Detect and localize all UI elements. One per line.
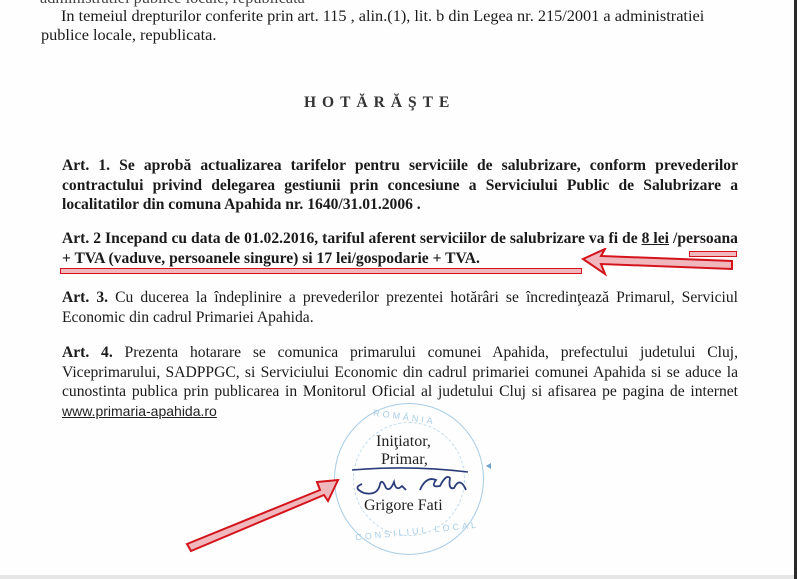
arrow-to-article-2-icon	[580, 248, 740, 278]
article-1-label: Art. 1.	[62, 157, 110, 174]
signatory-name: Grigore Fati	[364, 497, 443, 515]
signature-title: Iniţiator,	[376, 433, 431, 451]
article-1: Art. 1. Se aprobă actualizarea tarifelor…	[62, 156, 738, 215]
website-link[interactable]: www.primaria-apahida.ro	[62, 403, 217, 419]
article-2-text: Incepand cu data de 01.02.2016, tariful …	[101, 230, 642, 247]
highlight-underline-article-2	[60, 268, 582, 274]
article-1-text: Se aprobă actualizarea tarifelor pentru …	[62, 157, 738, 213]
article-3-label: Art. 3.	[62, 289, 108, 306]
article-2-label: Art. 2	[62, 230, 101, 247]
article-4-text: Prezenta hotarare se comunica primarului…	[62, 344, 738, 400]
article-4-label: Art. 4.	[62, 344, 113, 361]
article-3: Art. 3. Cu ducerea la îndeplinire a prev…	[62, 288, 738, 327]
decision-heading: HOTĂRĂŞTE	[304, 94, 455, 112]
article-3-text: Cu ducerea la îndeplinire a prevederilor…	[62, 289, 738, 326]
arrow-to-stamp-icon	[180, 470, 350, 555]
article-2-highlighted-price: 8 lei	[642, 230, 669, 247]
preamble-line-1: In temeiul drepturilor conferite prin ar…	[61, 6, 704, 25]
stamp-tick-mark	[486, 463, 491, 469]
scan-bottom-edge	[0, 575, 794, 579]
preamble-line-2: publice locale, republicata.	[41, 25, 216, 44]
handwritten-signature-icon	[350, 466, 475, 498]
scanned-document-page: administratiei publice locale, republica…	[0, 0, 794, 575]
